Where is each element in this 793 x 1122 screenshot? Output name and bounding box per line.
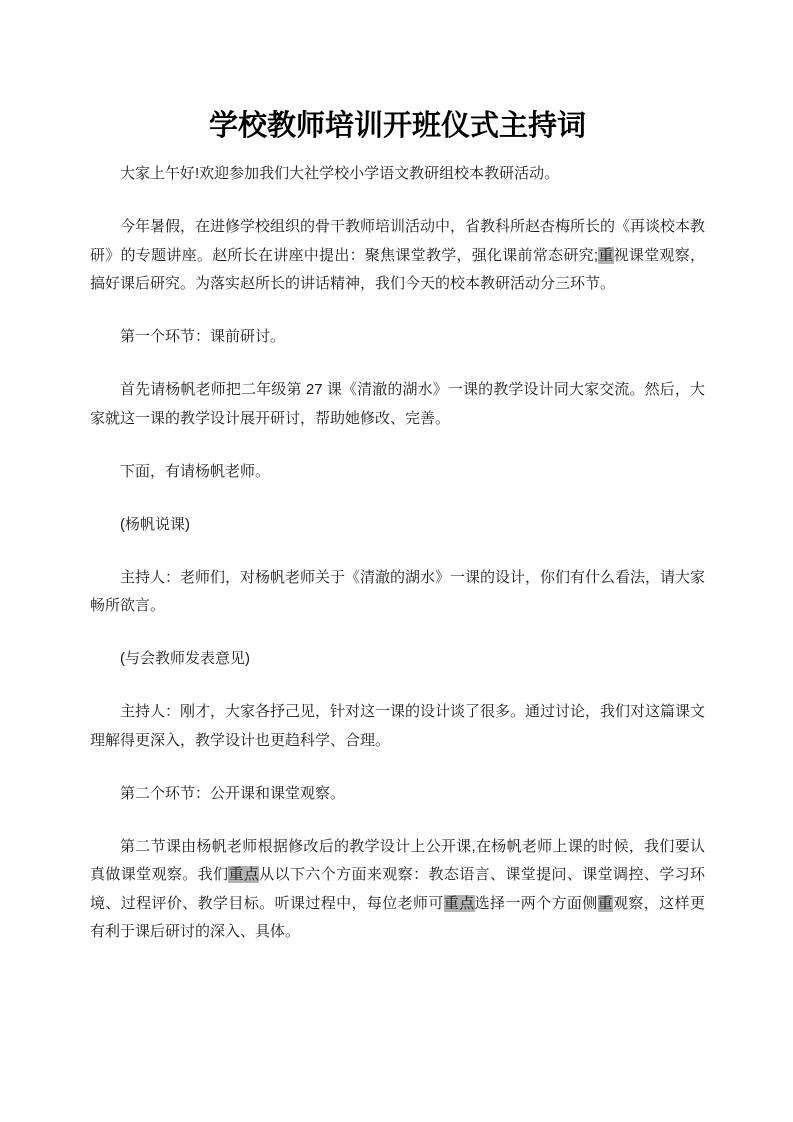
paragraph: (杨帆说课) bbox=[90, 511, 705, 540]
paragraph: 下面，有请杨帆老师。 bbox=[90, 458, 705, 487]
paragraph: 第一个环节：课前研讨。 bbox=[90, 323, 705, 352]
paragraph: 首先请杨帆老师把二年级第 27 课《清澈的湖水》一课的教学设计同大家交流。然后，… bbox=[90, 376, 705, 433]
text-run: 主持人：刚才，大家各抒己见，针对这一课的设计谈了很多。通过讨论，我们对这篇课文理… bbox=[90, 703, 705, 749]
paragraph: 第二个环节：公开课和课堂观察。 bbox=[90, 780, 705, 809]
paragraph: 主持人：老师们，对杨帆老师关于《清澈的湖水》一课的设计，你们有什么看法，请大家畅… bbox=[90, 564, 705, 621]
paragraph: (与会教师发表意见) bbox=[90, 645, 705, 674]
text-run: (与会教师发表意见) bbox=[120, 650, 250, 667]
highlighted-text: 重 bbox=[598, 247, 614, 264]
highlighted-text: 重 bbox=[598, 895, 613, 912]
highlighted-text: 重点 bbox=[444, 895, 475, 912]
document-body: 大家上午好!欢迎参加我们大社学校小学语文教研组校本教研活动。今年暑假，在进修学校… bbox=[90, 160, 705, 947]
text-run: 首先请杨帆老师把二年级第 27 课《清澈的湖水》一课的教学设计同大家交流。然后，… bbox=[90, 381, 705, 427]
paragraph: 第二节课由杨帆老师根据修改后的教学设计上公开课,在杨帆老师上课的时候，我们要认真… bbox=[90, 833, 705, 947]
text-run: 大家上午好!欢迎参加我们大社学校小学语文教研组校本教研活动。 bbox=[120, 165, 559, 182]
paragraph: 主持人：刚才，大家各抒己见，针对这一课的设计谈了很多。通过讨论，我们对这篇课文理… bbox=[90, 698, 705, 755]
text-run: (杨帆说课) bbox=[120, 516, 190, 533]
text-run: 主持人：老师们，对杨帆老师关于《清澈的湖水》一课的设计，你们有什么看法，请大家畅… bbox=[90, 569, 705, 615]
text-run: 下面，有请杨帆老师。 bbox=[120, 463, 270, 480]
paragraph: 大家上午好!欢迎参加我们大社学校小学语文教研组校本教研活动。 bbox=[90, 160, 705, 189]
document-title: 学校教师培训开班仪式主持词 bbox=[90, 106, 705, 146]
text-run: 第二个环节：公开课和课堂观察。 bbox=[120, 785, 345, 802]
text-run: 选择一两个方面侧 bbox=[475, 895, 598, 912]
text-run: 第一个环节：课前研讨。 bbox=[120, 328, 285, 345]
paragraph: 今年暑假，在进修学校组织的骨干教师培训活动中，省教科所赵杏梅所长的《再谈校本教研… bbox=[90, 213, 705, 299]
highlighted-text: 重点 bbox=[228, 866, 259, 883]
document-page: 学校教师培训开班仪式主持词 大家上午好!欢迎参加我们大社学校小学语文教研组校本教… bbox=[0, 0, 793, 1122]
